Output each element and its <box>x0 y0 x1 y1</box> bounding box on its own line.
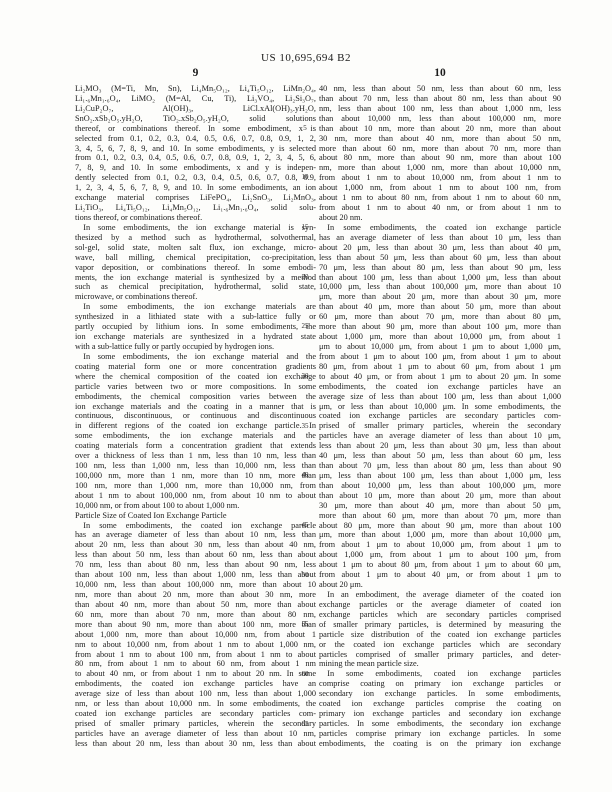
line-number: 55 <box>296 620 314 630</box>
text-line: selected from 0.1, 0.2, 0.3, 0.4, 0.5, 0… <box>75 134 316 144</box>
text-line: has an average diameter of less than abo… <box>75 530 316 540</box>
text-line: exchange particles or the average diamet… <box>319 600 561 610</box>
line-number: 65 <box>296 720 314 730</box>
text-line: partly occupied by lithium ions. In some… <box>75 322 316 332</box>
text-line: In some embodiments, coated ion exchange… <box>319 669 561 679</box>
text-line: particle size distribution of the coated… <box>319 630 561 640</box>
text-line: Li₂TiO₃, Li₄Ti₅O₁₂, Li₄Mn₅O₁₂, Li₁.₆Mn₁.… <box>75 203 316 213</box>
text-line: from about 1 μm to about 100 μm, from ab… <box>319 352 561 362</box>
column-number-left: 9 <box>75 67 316 79</box>
text-line: exchange particles which are secondary p… <box>319 610 561 620</box>
text-line: from about 1 nm to about 10,000 nm, from… <box>319 173 561 183</box>
text-line: μm, more than about 20 μm, more than abo… <box>319 292 561 302</box>
text-line: In some embodiments, the ion exchange ma… <box>75 302 316 312</box>
text-line: about 1 nm to about 100,000 nm, from abo… <box>75 491 316 501</box>
text-line: In some embodiments, the ion exchange ma… <box>75 352 316 362</box>
patent-page: US 10,695,694 B2 9 10 Li₂MO₃ (M=Ti, Mn, … <box>0 0 612 792</box>
line-number: 20 <box>296 273 314 283</box>
text-line: about 20 nm, less than about 30 nm, less… <box>75 540 316 550</box>
text-line: nm, or less than about 10,000 nm. In som… <box>75 699 316 709</box>
text-line: secondary ion exchange particles. In som… <box>319 689 561 699</box>
text-line: coated ion exchange particles are second… <box>319 411 561 421</box>
text-line: has an average diameter of less than abo… <box>319 233 561 243</box>
text-line: than about 100 nm, less than about 1,000… <box>75 570 316 580</box>
column-number-right: 10 <box>319 67 561 79</box>
text-line: 7, 8, 9, and 10. In some embodiments, x … <box>75 163 316 173</box>
text-line: than about 70 μm, less than about 80 μm,… <box>319 461 561 471</box>
text-line: than about 10,000 μm, less than about 10… <box>319 481 561 491</box>
text-line: thesized by a method such as hydrotherma… <box>75 233 316 243</box>
text-line: with a sub-lattice fully or partly occup… <box>75 342 316 352</box>
text-line: of smaller primary particles, is determi… <box>319 620 561 630</box>
text-line: μm, more than about 1,000 μm, more than … <box>319 530 561 540</box>
text-line: ion exchange materials are synthesized i… <box>75 332 316 342</box>
text-line: over a thickness of less than 1 nm, less… <box>75 451 316 461</box>
text-line: to about 40 μm, or from about 1 μm to ab… <box>319 372 561 382</box>
text-line: comprise coating on primary ion exchange… <box>319 679 561 689</box>
text-line: less than about 50 μm, less than about 6… <box>319 253 561 263</box>
text-line: In some embodiments, the ion exchange ma… <box>75 223 316 233</box>
text-line: 70 nm, less than about 80 nm, less than … <box>75 560 316 570</box>
line-number: 5 <box>296 124 314 134</box>
text-line: particles comprised of smaller primary p… <box>319 650 561 660</box>
line-number: 45 <box>296 521 314 531</box>
text-line: nm, less than about 100 nm, less than ab… <box>319 104 561 114</box>
text-line: from about 1 μm to about 10,000 μm, from… <box>319 540 561 550</box>
text-line: 70 μm, less than about 80 μm, less than … <box>319 263 561 273</box>
line-number: 15 <box>296 223 314 233</box>
text-line: nm, more than about 1,000 nm, more than … <box>319 163 561 173</box>
text-line: dently selected from 0.1, 0.2, 0.3, 0.4,… <box>75 173 316 183</box>
text-line: μm, less than about 100 μm, less than ab… <box>319 471 561 481</box>
text-line: thereof, or combinations thereof. In som… <box>75 124 316 134</box>
line-number: 10 <box>296 173 314 183</box>
text-line: Li₂MO₃ (M=Ti, Mn, Sn), Li₄Mn₅O₁₂, Li₄Ti₅… <box>75 84 316 94</box>
text-line: less than about 20 nm, less than about 3… <box>75 739 316 749</box>
line-number: 40 <box>296 471 314 481</box>
text-line: particle varies between two or more comp… <box>75 382 316 392</box>
text-line: where the chemical composition of the co… <box>75 372 316 382</box>
text-line: more than about 60 nm, more than about 7… <box>319 144 561 154</box>
text-line: some embodiments, the ion exchange mater… <box>75 431 316 441</box>
text-line: 30 μm, more than about 40 μm, more than … <box>319 501 561 511</box>
text-line: average size of less than about 100 nm, … <box>75 689 316 699</box>
text-line: than about 40 nm, more than about 50 nm,… <box>75 600 316 610</box>
text-line: tions thereof, or combinations thereof. <box>75 213 316 223</box>
line-number: 30 <box>296 372 314 382</box>
text-line: from about 1 μm to about 40 μm, or from … <box>319 570 561 580</box>
text-line: than about 40 μm, more than about 50 μm,… <box>319 302 561 312</box>
text-line: than about 10 μm, more than about 20 μm,… <box>319 491 561 501</box>
text-line: embodiments, the coated ion exchange par… <box>319 382 561 392</box>
text-line: about 1 μm to about 80 μm, from about 1 … <box>319 560 561 570</box>
text-line: less than about 50 nm, less than about 6… <box>75 550 316 560</box>
text-line: such as chemical precipitation, hydrothe… <box>75 282 316 292</box>
text-line: 100 nm, more than 1,000 nm, more than 10… <box>75 481 316 491</box>
text-line: about 1,000 μm, more than about 10,000 μ… <box>319 332 561 342</box>
text-line: In some embodiments, the coated ion exch… <box>75 521 316 531</box>
text-line: 40 μm, less than about 50 μm, less than … <box>319 451 561 461</box>
text-line: less than about 20 μm, less than about 3… <box>319 441 561 451</box>
text-line: about 1,000 μm, from about 1 μm to about… <box>319 550 561 560</box>
text-line: than about 10,000 nm, less than about 10… <box>319 114 561 124</box>
text-line: synthesized in a lithiated state with a … <box>75 312 316 322</box>
text-line: exchange material comprises LiFePO₄, Li₂… <box>75 193 316 203</box>
text-line: 60 μm, more than about 70 μm, more than … <box>319 312 561 322</box>
text-line: or the coated ion exchange particles whi… <box>319 640 561 650</box>
text-line: from about 1 nm to about 100 nm, from ab… <box>75 650 316 660</box>
text-line: 80 nm, from about 1 nm to about 60 nm, f… <box>75 659 316 669</box>
text-line: average size of less than about 100 μm, … <box>319 392 561 402</box>
text-line: ion exchange materials and the coating i… <box>75 402 316 412</box>
text-line: continuous, discontinuous, or continuous… <box>75 411 316 421</box>
text-line: nm to about 10,000 nm, from about 1 nm t… <box>75 640 316 650</box>
text-line: from 0.1, 0.2, 0.3, 0.4, 0.5, 0.6, 0.7, … <box>75 153 316 163</box>
text-line: coated ion exchange particles are second… <box>75 709 316 719</box>
text-line: vapor deposition, or combinations thereo… <box>75 263 316 273</box>
text-line: mining the mean particle size. <box>319 659 561 669</box>
text-line: prised of smaller primary particles, whe… <box>319 421 561 431</box>
text-line: than about 70 nm, less than about 80 nm,… <box>319 94 561 104</box>
text-line: Li₂CuP₂O₇, Al(OH)₃, LiCl.xAl(OH)₃.yH₂O, <box>75 104 316 114</box>
text-line: 10,000 nm, less than about 100,000 nm, m… <box>75 580 316 590</box>
text-line: SnO₂.xSb₂O₅.yH₂O, TiO₂.xSb₂O₅.yH₂O, soli… <box>75 114 316 124</box>
text-line: particles have an average diameter of le… <box>75 729 316 739</box>
text-line: about 80 μm, more than about 90 μm, more… <box>319 521 561 531</box>
text-line: more than about 60 μm, more than about 7… <box>319 511 561 521</box>
text-line: microwave, or combinations thereof. <box>75 292 316 302</box>
text-line: about 1 nm to about 80 nm, from about 1 … <box>319 193 561 203</box>
text-line: 10,000 nm, or from about 100 to about 1,… <box>75 501 316 511</box>
text-line: about 80 nm, more than about 90 nm, more… <box>319 153 561 163</box>
text-line: 60 nm, more than about 70 nm, more than … <box>75 610 316 620</box>
text-line: In an embodiment, the average diameter o… <box>319 590 561 600</box>
text-line: μm to about 10,000 μm, from about 1 μm t… <box>319 342 561 352</box>
text-line: about 20 nm. <box>319 213 561 223</box>
left-text-column: Li₂MO₃ (M=Ti, Mn, Sn), Li₄Mn₅O₁₂, Li₄Ti₅… <box>75 84 316 749</box>
text-line: 1, 2, 3, 4, 5, 6, 7, 8, 9, and 10. In so… <box>75 183 316 193</box>
text-line: nm, more than about 20 nm, more than abo… <box>75 590 316 600</box>
text-line: embodiments, the coating is on the prima… <box>319 739 561 749</box>
text-line: to about 40 nm, or from about 1 nm to ab… <box>75 669 316 679</box>
text-line: particles comprise primary ion exchange … <box>319 729 561 739</box>
text-line: 80 μm, from about 1 μm to about 60 μm, f… <box>319 362 561 372</box>
text-line: embodiments, the coated ion exchange par… <box>75 679 316 689</box>
text-line: than about 100 μm, less than about 1,000… <box>319 273 561 283</box>
text-line: 40 nm, less than about 50 nm, less than … <box>319 84 561 94</box>
text-line: about 20 μm, less than about 30 μm, less… <box>319 243 561 253</box>
text-line: wave, ball milling, chemical precipitati… <box>75 253 316 263</box>
line-number: 35 <box>296 422 314 432</box>
text-line: from about 1 nm to about 40 nm, or from … <box>319 203 561 213</box>
text-line: coating material form one or more concen… <box>75 362 316 372</box>
text-line: sol-gel, solid state, molten salt flux, … <box>75 243 316 253</box>
text-line: primary ion exchange particles and secon… <box>319 709 561 719</box>
text-line: than about 10 nm, more than about 20 nm,… <box>319 124 561 134</box>
text-line: coated ion exchange particles comprise t… <box>319 699 561 709</box>
patent-number: US 10,695,694 B2 <box>0 52 612 64</box>
line-number: 50 <box>296 571 314 581</box>
text-line: in different regions of the coated ion e… <box>75 421 316 431</box>
text-line: μm, or less than about 10,000 μm. In som… <box>319 402 561 412</box>
text-line: embodiments, the chemical composition va… <box>75 392 316 402</box>
line-number-gutter: 5101520253035404550556065 <box>296 84 314 754</box>
text-line: more than about 90 μm, more than about 1… <box>319 322 561 332</box>
text-line: Particle Size of Coated Ion Exchange Par… <box>75 511 316 521</box>
text-line: particles. In some embodiments, the seco… <box>319 719 561 729</box>
line-number: 25 <box>296 322 314 332</box>
right-text-column: 40 nm, less than about 50 nm, less than … <box>319 84 561 749</box>
text-line: about 20 μm. <box>319 580 561 590</box>
text-line: particles have an average diameter of le… <box>319 431 561 441</box>
text-line: 10,000 μm, less than about 100,000 μm, m… <box>319 282 561 292</box>
text-line: 100,000 nm, more than 1 nm, more than 10… <box>75 471 316 481</box>
text-line: coating materials form a concentration g… <box>75 441 316 451</box>
text-line: 100 nm, less than 1,000 nm, less than 10… <box>75 461 316 471</box>
text-line: 3, 4, 5, 6, 7, 8, 9, and 10. In some emb… <box>75 144 316 154</box>
text-line: Li₁.₆Mn₁.₆O₄, LiMO₂ (M=Al, Cu, Ti), Li₃V… <box>75 94 316 104</box>
text-line: 30 nm, more than about 40 nm, more than … <box>319 134 561 144</box>
text-line: more than about 90 nm, more than about 1… <box>75 620 316 630</box>
text-line: ments, the ion exchange material is synt… <box>75 273 316 283</box>
line-number: 60 <box>296 670 314 680</box>
text-line: In some embodiments, the coated ion exch… <box>319 223 561 233</box>
text-line: prised of smaller primary particles, whe… <box>75 719 316 729</box>
text-line: about 1,000 nm, more than about 10,000 n… <box>75 630 316 640</box>
text-line: about 1,000 nm, from about 1 nm to about… <box>319 183 561 193</box>
